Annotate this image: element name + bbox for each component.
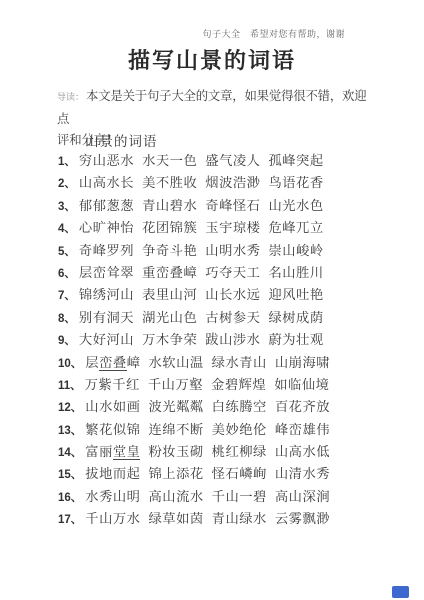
phrase: 锦上添花: [148, 466, 203, 481]
list-item: 16、水秀山明高山流水千山一碧高山深涧: [58, 486, 388, 508]
list-item: 5、奇峰罗列争奇斗艳山明水秀崇山峻岭: [58, 240, 388, 262]
underlined-text: 峦叠: [99, 355, 127, 371]
phrase: 万木争荣: [142, 332, 197, 347]
phrase: 重峦叠嶂: [142, 265, 197, 280]
item-number: 13、: [58, 425, 82, 437]
phrase: 繁花似锦: [85, 422, 140, 437]
phrase: 危峰兀立: [268, 220, 323, 235]
phrase: 白练腾空: [212, 399, 267, 414]
phrase: 水天一色: [142, 153, 197, 168]
list-item: 9、大好河山万木争荣跋山涉水蔚为壮观: [58, 329, 388, 351]
phrase: 美妙绝伦: [212, 422, 267, 437]
phrase: 千山万壑: [148, 377, 203, 392]
phrase: 金碧辉煌: [211, 377, 266, 392]
phrase: 鸟语花香: [268, 175, 323, 190]
phrase: 青山碧水: [142, 198, 197, 213]
list-item: 10、层峦叠嶂水软山温绿水青山山崩海啸: [58, 352, 388, 374]
phrase: 青山绿水: [212, 511, 267, 526]
list-item: 17、千山万水绿草如茵青山绿水云雾飘渺: [58, 508, 388, 530]
phrase: 名山胜川: [268, 265, 323, 280]
phrase: 层峦耸翠: [79, 265, 134, 280]
phrase: 穷山恶水: [79, 153, 134, 168]
phrase: 山高水长: [79, 175, 134, 190]
item-number: 17、: [58, 514, 82, 526]
item-number: 12、: [58, 402, 82, 414]
list-item: 3、郁郁葱葱青山碧水奇峰怪石山光水色: [58, 195, 388, 217]
list-item: 4、心旷神怡花团锦簇玉宇琼楼危峰兀立: [58, 217, 388, 239]
phrase: 富丽堂皇: [85, 444, 140, 459]
phrase: 孤峰突起: [268, 153, 323, 168]
item-number: 11、: [58, 380, 82, 392]
phrase: 高山流水: [148, 489, 203, 504]
phrase: 跋山涉水: [205, 332, 260, 347]
item-number: 10、: [58, 358, 82, 370]
phrase: 表里山河: [142, 287, 197, 302]
brand-badge: [392, 586, 409, 598]
intro-label: 导读：: [57, 92, 84, 102]
list-item: 8、别有洞天湖光山色古树参天绿树成荫: [58, 307, 388, 329]
phrase: 别有洞天: [79, 310, 134, 325]
phrase: 山高水低: [275, 444, 330, 459]
phrase: 山崩海啸: [275, 355, 330, 370]
phrase: 波光粼粼: [148, 399, 203, 414]
phrase: 巧夺天工: [205, 265, 260, 280]
phrase: 崇山峻岭: [268, 243, 323, 258]
item-number: 15、: [58, 469, 82, 481]
phrase: 高山深涧: [275, 489, 330, 504]
item-number: 7、: [58, 290, 76, 302]
underlined-text: 堂皇: [113, 444, 141, 460]
list-item: 7、锦绣河山表里山河山长水远迎风吐艳: [58, 284, 388, 306]
phrase: 千山万水: [85, 511, 140, 526]
phrase: 如临仙境: [274, 377, 329, 392]
list-item: 1、穷山恶水水天一色盛气凌人孤峰突起: [58, 150, 388, 172]
phrase: 争奇斗艳: [142, 243, 197, 258]
item-number: 5、: [58, 246, 76, 258]
phrase: 盛气凌人: [205, 153, 260, 168]
phrase: 花团锦簇: [142, 220, 197, 235]
phrase: 湖光山色: [142, 310, 197, 325]
phrase: 拔地而起: [85, 466, 140, 481]
word-list: 1、穷山恶水水天一色盛气凌人孤峰突起2、山高水长美不胜收烟波浩渺鸟语花香3、郁郁…: [58, 150, 388, 531]
list-item: 15、拔地而起锦上添花怪石嶙峋山清水秀: [58, 463, 388, 485]
item-number: 2、: [58, 178, 76, 190]
list-item: 13、繁花似锦连绵不断美妙绝伦峰峦雄伟: [58, 419, 388, 441]
phrase: 大好河山: [79, 332, 134, 347]
phrase: 连绵不断: [148, 422, 203, 437]
phrase: 粉妆玉砌: [148, 444, 203, 459]
phrase: 玉宇琼楼: [205, 220, 260, 235]
list-item: 11、万紫千红千山万壑金碧辉煌如临仙境: [58, 374, 388, 396]
phrase: 绿树成荫: [268, 310, 323, 325]
item-number: 6、: [58, 268, 76, 280]
item-number: 8、: [58, 313, 76, 325]
phrase: 水秀山明: [85, 489, 140, 504]
phrase: 万紫千红: [85, 377, 140, 392]
phrase: 心旷神怡: [79, 220, 134, 235]
phrase: 峰峦雄伟: [275, 422, 330, 437]
phrase: 美不胜收: [142, 175, 197, 190]
item-number: 3、: [58, 201, 76, 213]
item-number: 16、: [58, 492, 82, 504]
phrase: 桃红柳绿: [212, 444, 267, 459]
list-item: 2、山高水长美不胜收烟波浩渺鸟语花香: [58, 172, 388, 194]
phrase: 绿草如茵: [148, 511, 203, 526]
phrase: 怪石嶙峋: [212, 466, 267, 481]
item-number: 4、: [58, 223, 76, 235]
phrase: 山水如画: [85, 399, 140, 414]
phrase: 郁郁葱葱: [79, 198, 134, 213]
phrase: 烟波浩渺: [205, 175, 260, 190]
phrase: 层峦叠嶂: [85, 355, 140, 370]
document-page: 句子大全 希望对您有帮助，谢谢 描写山景的词语 导读：本文是关于句子大全的文章，…: [0, 0, 424, 600]
section-subtitle: 山景的词语: [85, 130, 158, 150]
phrase: 古树参天: [205, 310, 260, 325]
phrase: 云雾飘渺: [275, 511, 330, 526]
phrase: 百花齐放: [275, 399, 330, 414]
phrase: 山光水色: [268, 198, 323, 213]
phrase: 山明水秀: [205, 243, 260, 258]
item-number: 9、: [58, 335, 76, 347]
phrase: 山长水远: [205, 287, 260, 302]
list-item: 12、山水如画波光粼粼白练腾空百花齐放: [58, 396, 388, 418]
phrase: 奇峰怪石: [205, 198, 260, 213]
intro-line1: 本文是关于句子大全的文章，如果觉得很不错，欢迎点: [57, 89, 366, 126]
phrase: 绿水青山: [212, 355, 267, 370]
phrase: 千山一碧: [212, 489, 267, 504]
item-number: 1、: [58, 156, 76, 168]
phrase: 奇峰罗列: [79, 243, 134, 258]
page-title: 描写山景的词语: [0, 44, 424, 75]
phrase: 山清水秀: [275, 466, 330, 481]
list-item: 14、富丽堂皇粉妆玉砌桃红柳绿山高水低: [58, 441, 388, 463]
phrase: 水软山温: [148, 355, 203, 370]
item-number: 14、: [58, 447, 82, 459]
header-note: 句子大全 希望对您有帮助，谢谢: [0, 27, 345, 40]
phrase: 锦绣河山: [79, 287, 134, 302]
phrase: 迎风吐艳: [268, 287, 323, 302]
phrase: 蔚为壮观: [268, 332, 323, 347]
list-item: 6、层峦耸翠重峦叠嶂巧夺天工名山胜川: [58, 262, 388, 284]
